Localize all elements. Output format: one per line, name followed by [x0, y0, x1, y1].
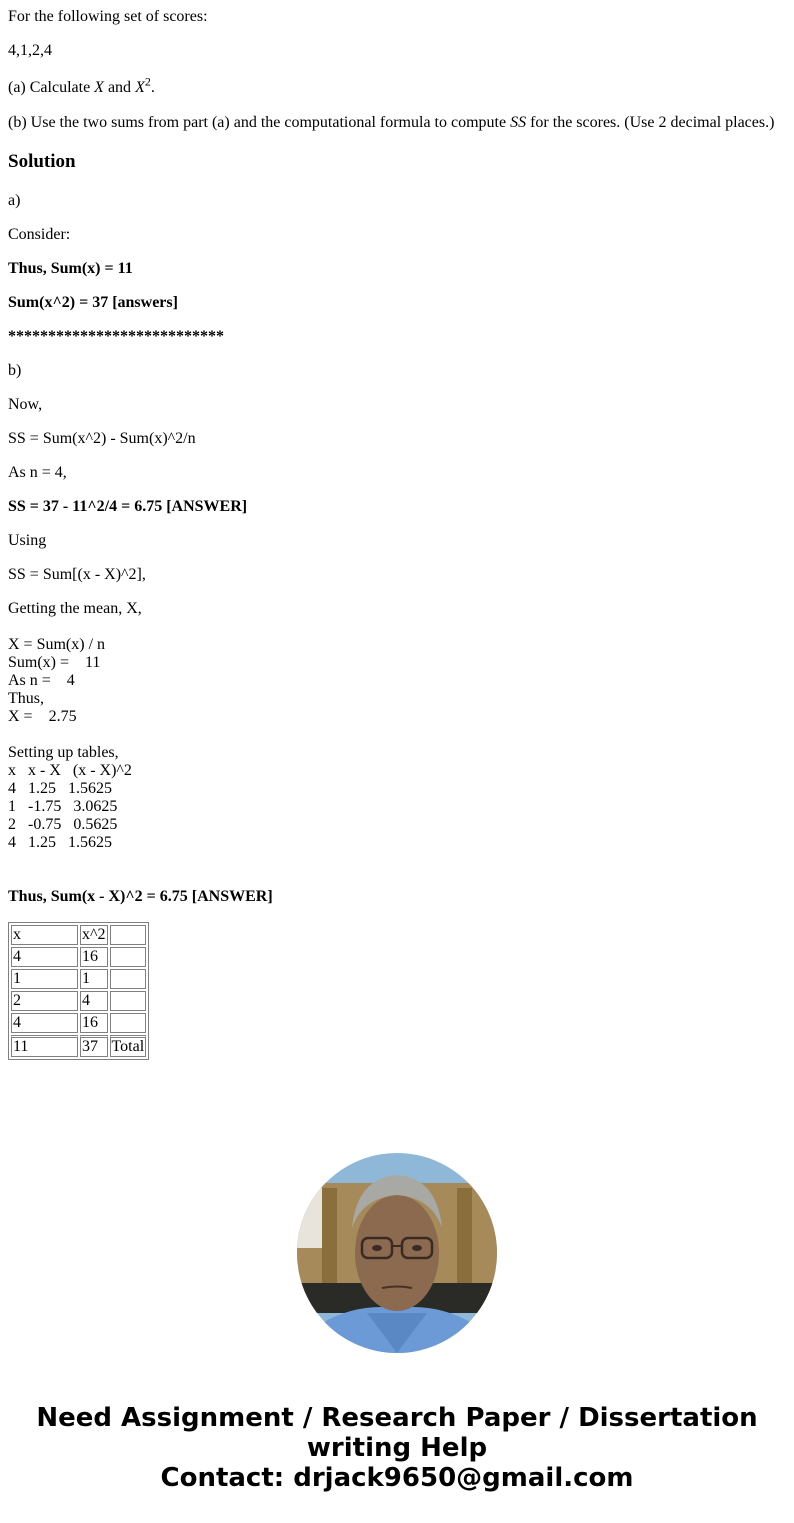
table-cell: 16: [80, 947, 108, 967]
solution-heading: Solution: [8, 151, 76, 173]
table-cell: [110, 1013, 147, 1033]
table-row: 4 16: [11, 947, 146, 967]
mean-intro: Getting the mean, X,: [8, 600, 142, 618]
table-cell: x^2: [80, 925, 108, 945]
question-part-a: (a) Calculate X and X2.: [8, 79, 155, 97]
sums-table: x x^2 4 16 1 1 2 4 4 16 11 37 Total: [8, 922, 149, 1060]
table-cell: 2: [11, 991, 78, 1011]
question-scores: 4,1,2,4: [8, 42, 52, 60]
table-cell: 16: [80, 1013, 108, 1033]
contact-email: Contact: drjack9650@gmail.com: [0, 1463, 794, 1493]
table-cell: 37: [80, 1035, 108, 1057]
ss-answer: SS = 37 - 11^2/4 = 6.75 [ANSWER]: [8, 498, 247, 516]
part-b-label: b): [8, 362, 21, 380]
table-cell: 4: [80, 991, 108, 1011]
table-cell: 1: [80, 969, 108, 989]
part-a-label: a): [8, 192, 20, 210]
sum-x2-answer: Sum(x^2) = 37 [answers]: [8, 294, 178, 312]
using-text: Using: [8, 532, 46, 550]
ss-definition: SS = Sum[(x - X)^2],: [8, 566, 146, 584]
final-answer: Thus, Sum(x - X)^2 = 6.75 [ANSWER]: [8, 888, 273, 906]
question-part-b: (b) Use the two sums from part (a) and t…: [8, 114, 774, 132]
table-cell: [110, 947, 147, 967]
person-photo-icon: [297, 1153, 497, 1353]
mean-and-deviation-block: X = Sum(x) / n Sum(x) = 11 As n = 4 Thus…: [8, 636, 132, 852]
table-cell: 4: [11, 1013, 78, 1033]
table-cell: 11: [11, 1035, 78, 1057]
consider-text: Consider:: [8, 226, 70, 244]
table-cell: [110, 991, 147, 1011]
separator: ***************************: [8, 328, 224, 346]
banner-line-2: writing Help: [0, 1433, 794, 1463]
table-row: 2 4: [11, 991, 146, 1011]
table-cell: Total: [110, 1035, 147, 1057]
n-value: As n = 4,: [8, 464, 67, 482]
contact-banner: Need Assignment / Research Paper / Disse…: [0, 1403, 794, 1493]
table-cell: x: [11, 925, 78, 945]
table-header-row: x x^2: [11, 925, 146, 945]
table-row: 1 1: [11, 969, 146, 989]
table-row: 4 16: [11, 1013, 146, 1033]
table-cell: 1: [11, 969, 78, 989]
sum-x-answer: Thus, Sum(x) = 11: [8, 260, 133, 278]
author-avatar: [297, 1153, 497, 1353]
table-cell: [110, 925, 147, 945]
question-intro: For the following set of scores:: [8, 8, 208, 26]
banner-line-1: Need Assignment / Research Paper / Disse…: [0, 1403, 794, 1433]
ss-formula: SS = Sum(x^2) - Sum(x)^2/n: [8, 430, 196, 448]
table-total-row: 11 37 Total: [11, 1035, 146, 1057]
table-cell: [110, 969, 147, 989]
now-text: Now,: [8, 396, 42, 414]
table-cell: 4: [11, 947, 78, 967]
